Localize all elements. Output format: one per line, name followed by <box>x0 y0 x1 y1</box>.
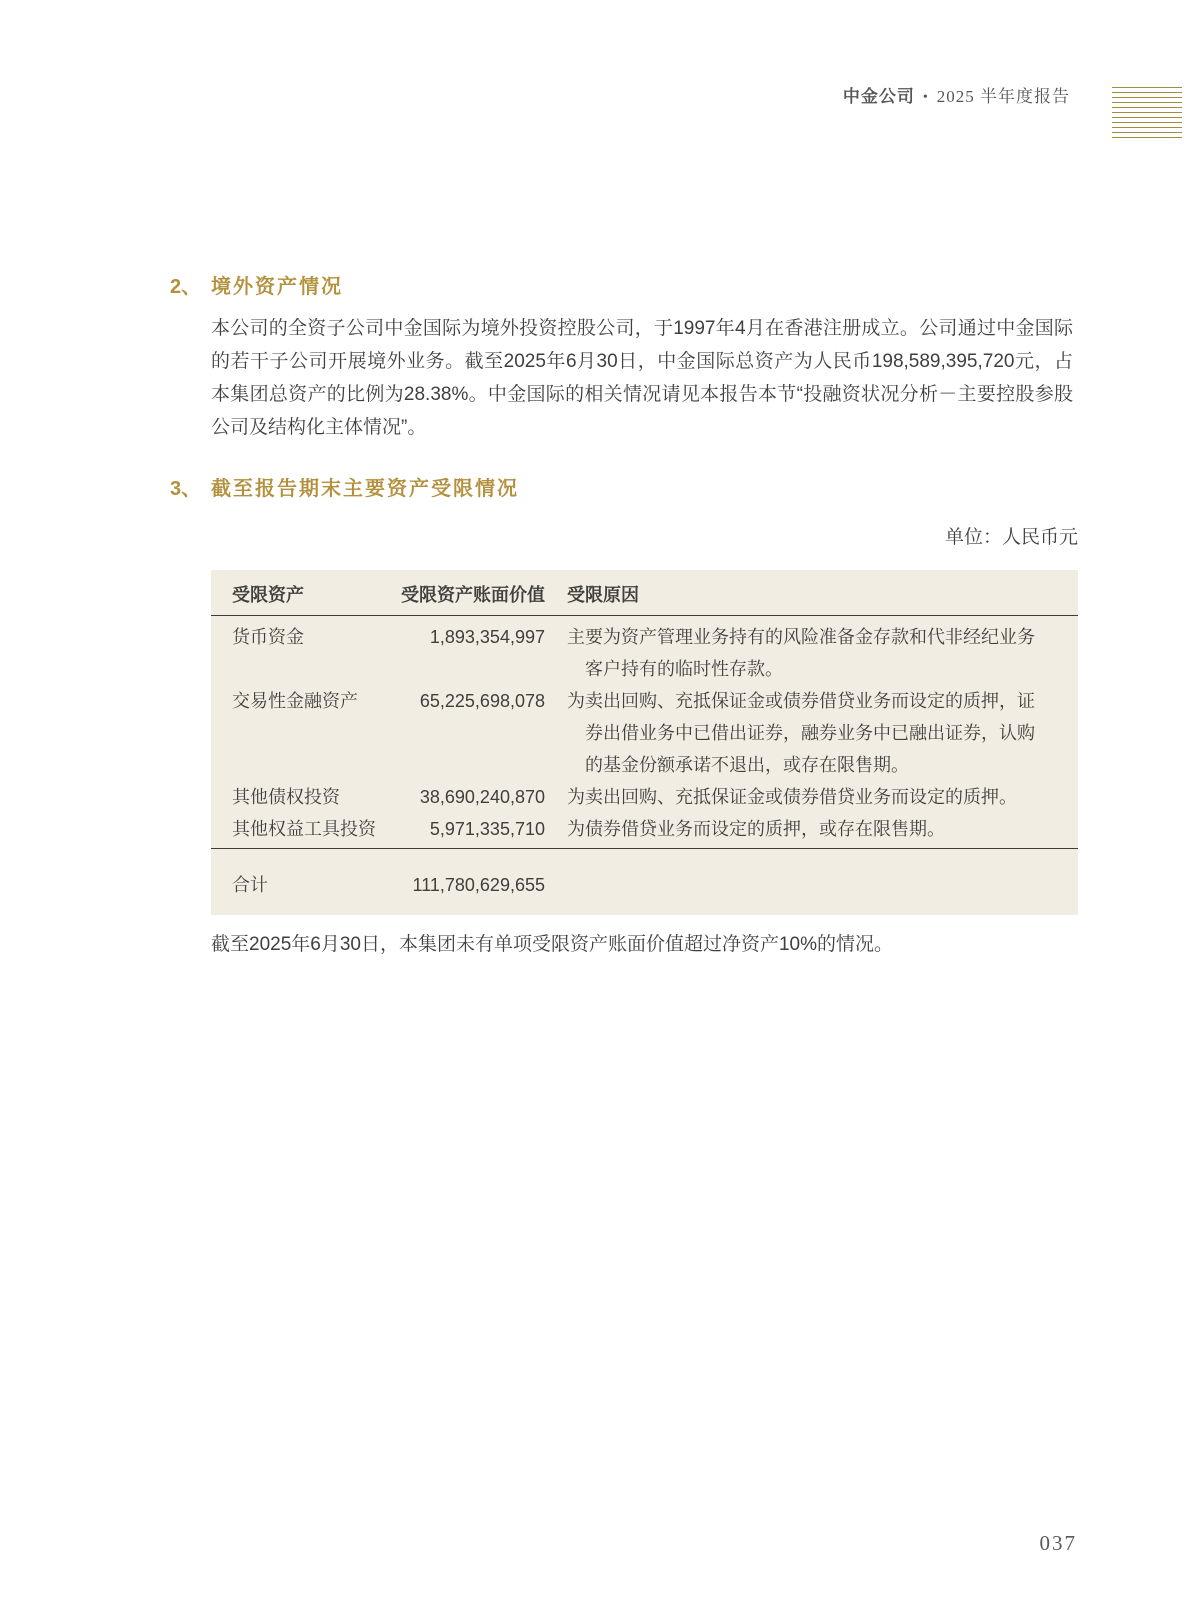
footnote-paragraph: 截至2025年6月30日，本集团未有单项受限资产账面价值超过净资产10%的情况。 <box>211 928 1073 961</box>
section-2-title: 境外资产情况 <box>211 276 343 298</box>
table-body: 货币资金 1,893,354,997 主要为资产管理业务持有的风险准备金存款和代… <box>211 616 1078 849</box>
asset-reason: 为卖出回购、充抵保证金或债券借贷业务而设定的质押，证券出借业务中已借出证券，融券… <box>567 685 1046 781</box>
asset-value: 65,225,698,078 <box>400 685 545 781</box>
section-3-heading: 3、截至报告期末主要资产受限情况 <box>170 472 519 501</box>
total-reason-empty <box>567 869 1046 902</box>
company-name: 中金公司 <box>843 87 915 106</box>
section-2-heading: 2、境外资产情况 <box>170 270 343 299</box>
table-header-row: 受限资产 受限资产账面价值 受限原因 <box>211 570 1078 616</box>
section-3-number: 3、 <box>170 472 211 501</box>
column-header-value: 受限资产账面价值 <box>400 584 545 606</box>
table-row: 其他债权投资 38,690,240,870 为卖出回购、充抵保证金或债券借贷业务… <box>211 781 1078 813</box>
section-2-paragraph: 本公司的全资子公司中金国际为境外投资控股公司，于1997年4月在香港注册成立。公… <box>211 312 1073 444</box>
asset-value: 1,893,354,997 <box>400 621 545 685</box>
decorative-lines-icon <box>1112 87 1182 138</box>
asset-value: 38,690,240,870 <box>400 781 545 813</box>
section-2-number: 2、 <box>170 270 211 299</box>
asset-name: 其他债权投资 <box>232 781 388 813</box>
page-header: 中金公司•2025 半年度报告 <box>843 86 1070 109</box>
table-total-row: 合计 111,780,629,655 <box>211 869 1078 915</box>
asset-reason: 主要为资产管理业务持有的风险准备金存款和代非经纪业务客户持有的临时性存款。 <box>567 621 1046 685</box>
asset-name: 货币资金 <box>232 621 388 685</box>
restricted-assets-table: 受限资产 受限资产账面价值 受限原因 货币资金 1,893,354,997 主要… <box>211 570 1078 915</box>
asset-value: 5,971,335,710 <box>400 813 545 845</box>
page-number: 037 <box>1040 1531 1078 1556</box>
asset-name: 其他权益工具投资 <box>232 813 388 845</box>
column-header-reason: 受限原因 <box>567 584 1046 606</box>
table-row: 其他权益工具投资 5,971,335,710 为债券借贷业务而设定的质押，或存在… <box>211 813 1078 845</box>
unit-note: 单位：人民币元 <box>945 522 1078 549</box>
table-row: 货币资金 1,893,354,997 主要为资产管理业务持有的风险准备金存款和代… <box>211 621 1078 685</box>
section-3-title: 截至报告期末主要资产受限情况 <box>211 478 519 500</box>
bullet-separator-icon: • <box>923 90 929 105</box>
report-title: 2025 半年度报告 <box>937 87 1070 106</box>
total-value: 111,780,629,655 <box>400 869 545 902</box>
asset-reason: 为卖出回购、充抵保证金或债券借贷业务而设定的质押。 <box>567 781 1046 813</box>
table-row: 交易性金融资产 65,225,698,078 为卖出回购、充抵保证金或债券借贷业… <box>211 685 1078 781</box>
asset-reason: 为债券借贷业务而设定的质押，或存在限售期。 <box>567 813 1046 845</box>
total-label: 合计 <box>232 869 388 902</box>
asset-name: 交易性金融资产 <box>232 685 388 781</box>
report-page: 中金公司•2025 半年度报告 2、境外资产情况 本公司的全资子公司中金国际为境… <box>0 0 1190 1615</box>
column-header-asset: 受限资产 <box>232 584 388 606</box>
